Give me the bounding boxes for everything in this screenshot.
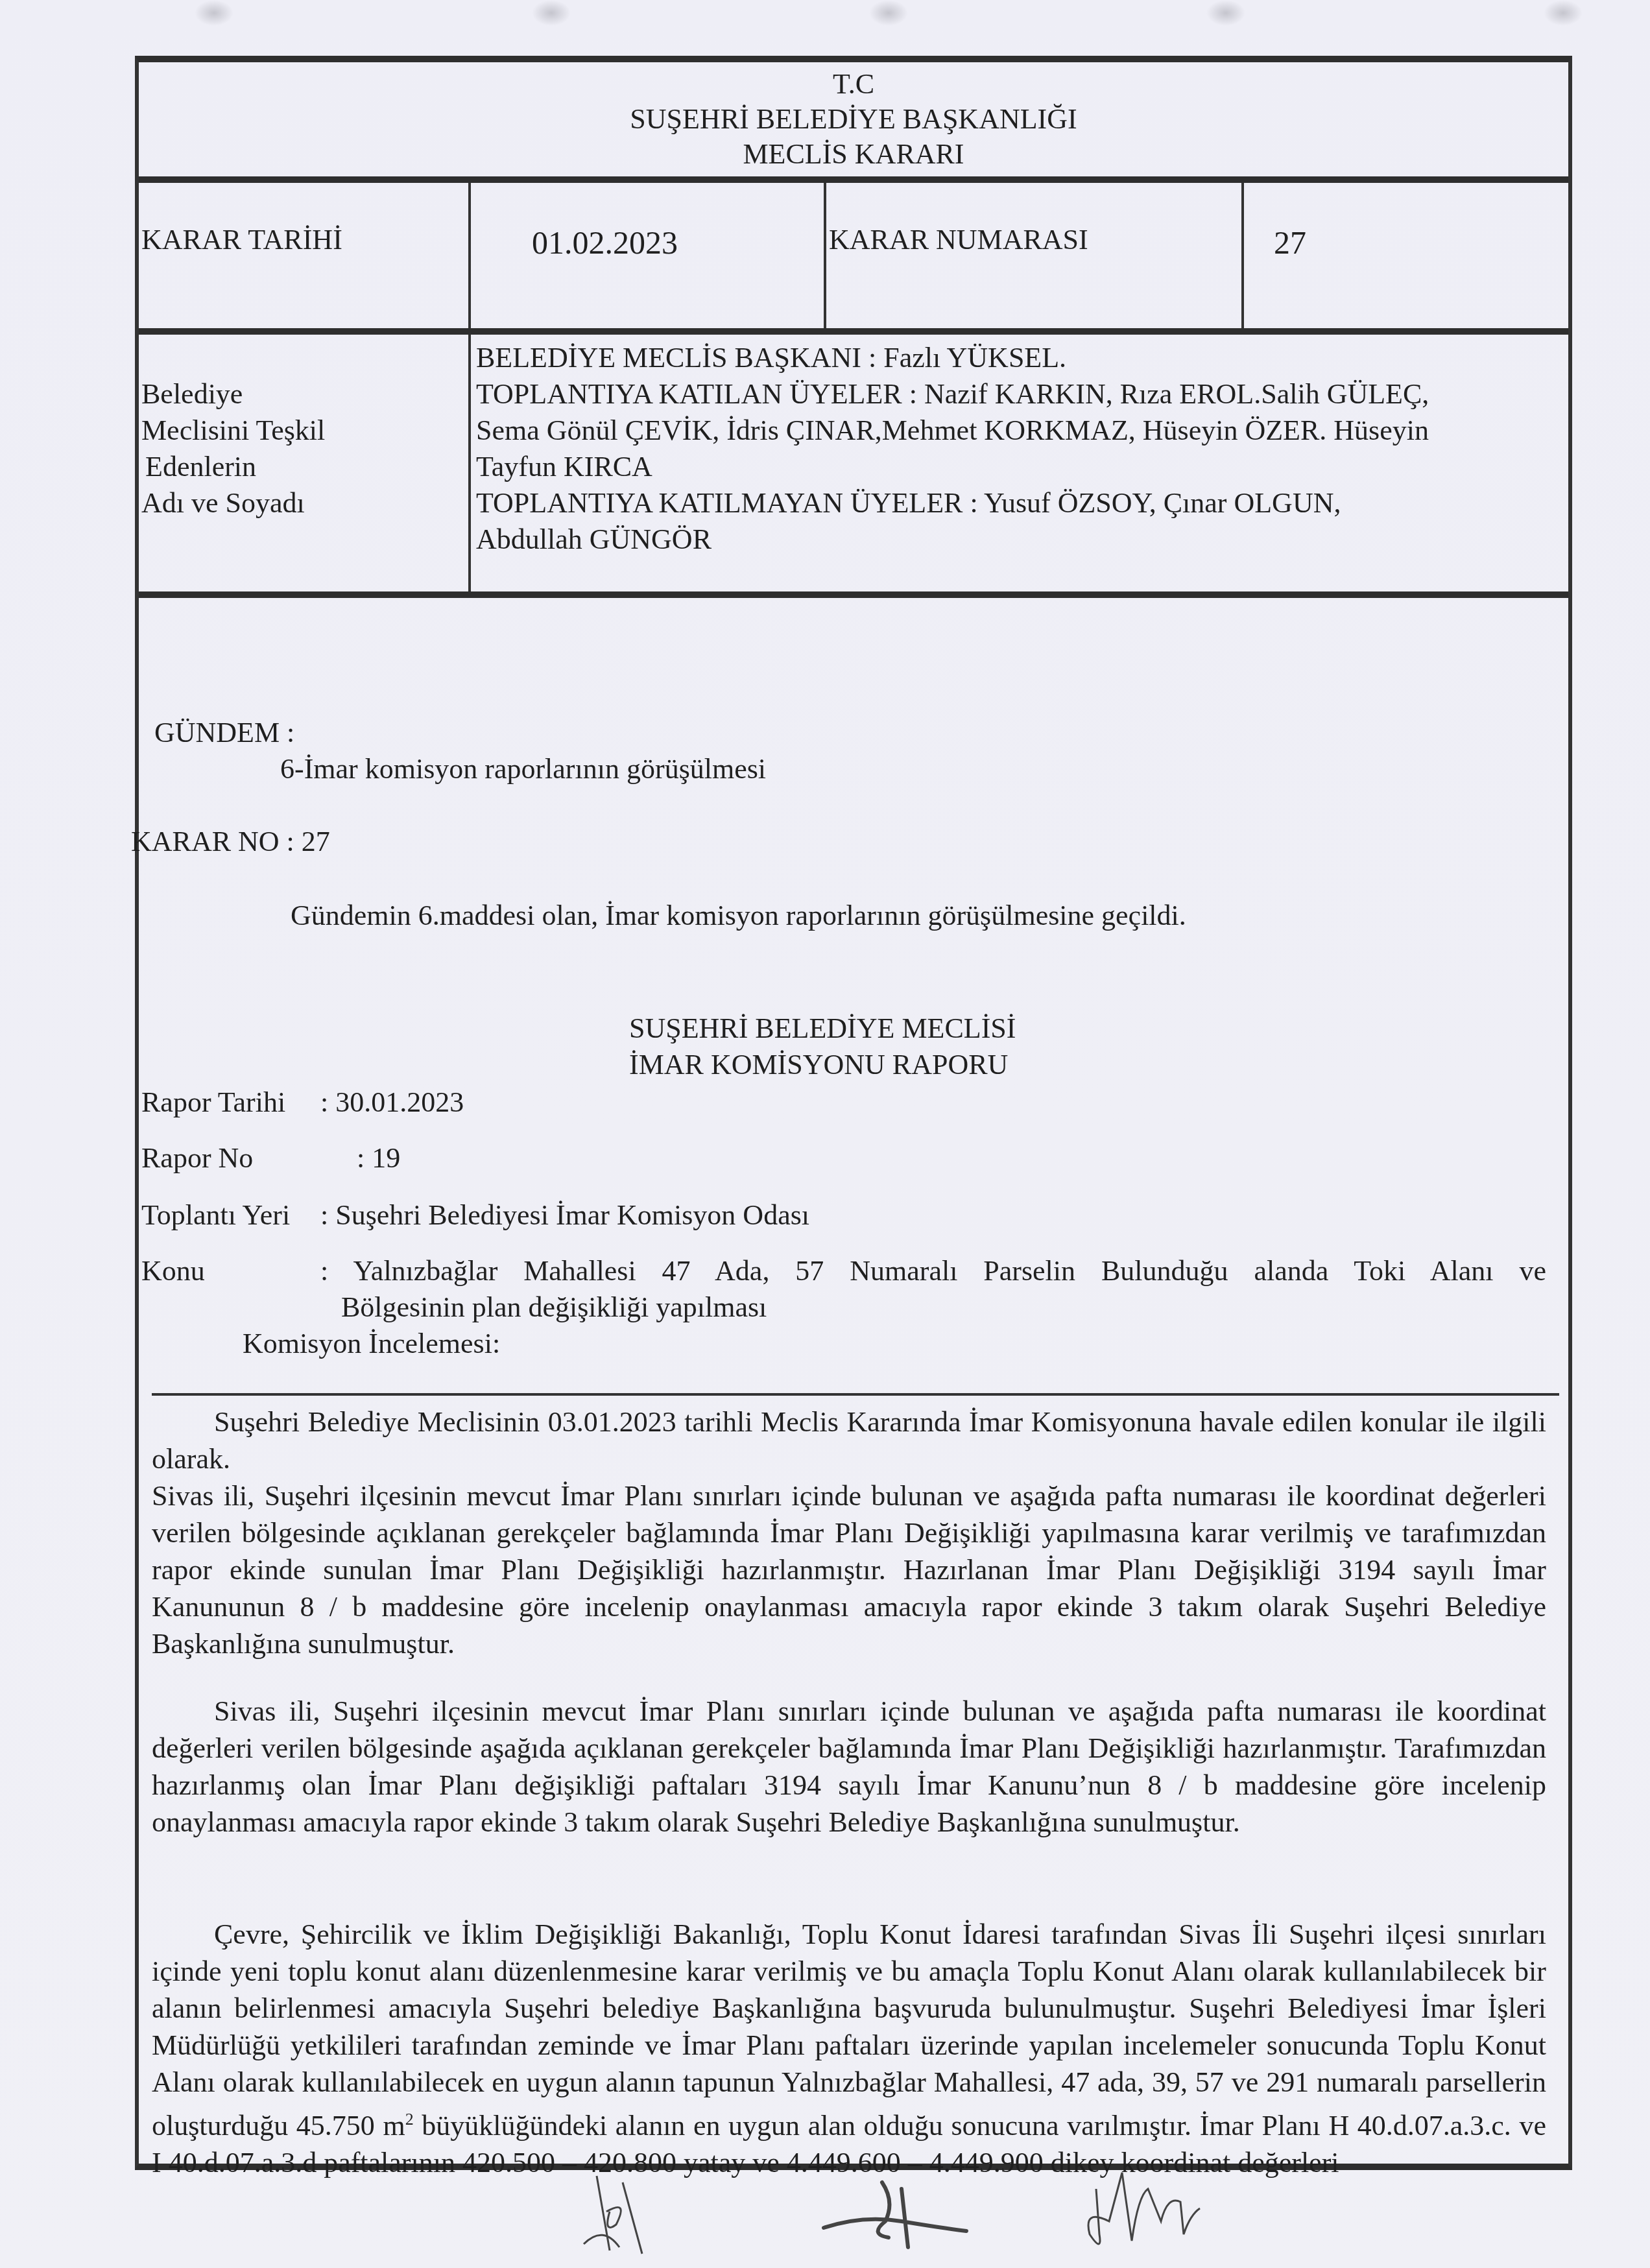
subject-label: Konu — [141, 1254, 205, 1288]
body-paragraph-3: Çevre, Şehircilik ve İklim Değişikliği B… — [152, 1916, 1546, 2181]
divider — [152, 1393, 1559, 1396]
divider — [1241, 183, 1244, 333]
body-paragraph-3-text: Çevre, Şehircilik ve İklim Değişikliği B… — [152, 1918, 1546, 2142]
attending-members-cont: Tayfun KIRCA — [476, 450, 652, 484]
scan-artifact — [1206, 0, 1245, 26]
divider — [468, 183, 471, 333]
signature-2-icon — [811, 2176, 1005, 2254]
commission-review-label: Komisyon İncelemesi: — [243, 1327, 500, 1361]
report-title-2: İMAR KOMİSYONU RAPORU — [629, 1048, 1008, 1082]
body-paragraph-2: Sivas ili, Suşehri ilçesinin mevcut İmar… — [152, 1693, 1546, 1841]
report-date-value: : 30.01.2023 — [320, 1086, 464, 1119]
superscript: 2 — [405, 2110, 414, 2129]
council-chair: BELEDİYE MECLİS BAŞKANI : Fazlı YÜKSEL. — [476, 341, 1066, 375]
scan-artifact — [1544, 0, 1583, 26]
report-title-1: SUŞEHRİ BELEDİYE MECLİSİ — [629, 1012, 1016, 1045]
agenda-item: 6-İmar komisyon raporlarının görüşülmesi — [280, 752, 766, 786]
body-paragraph-1: Suşehri Belediye Meclisinin 03.01.2023 t… — [152, 1403, 1546, 1477]
agenda-title: GÜNDEM : — [154, 716, 294, 750]
body-paragraph-1-cont: Sivas ili, Suşehri ilçesinin mevcut İmar… — [152, 1477, 1546, 1662]
decision-no: KARAR NO : 27 — [131, 825, 330, 859]
divider — [139, 591, 1568, 598]
decision-date-label: KARAR TARİHİ — [141, 223, 342, 257]
decision-form-frame: T.C SUŞEHRİ BELEDİYE BAŞKANLIĞI MECLİS K… — [135, 56, 1572, 2170]
header-document-type: MECLİS KARARI — [139, 137, 1568, 171]
signature-3-icon — [1070, 2169, 1265, 2260]
divider — [824, 183, 826, 333]
attending-members-cont: Sema Gönül ÇEVİK, İdris ÇINAR,Mehmet KOR… — [476, 414, 1429, 448]
subject-value: : Yalnızbağlar Mahallesi 47 Ada, 57 Numa… — [320, 1254, 1546, 1288]
header-tc: T.C — [139, 67, 1568, 101]
header-municipality: SUŞEHRİ BELEDİYE BAŞKANLIĞI — [139, 102, 1568, 136]
report-no-label: Rapor No — [141, 1141, 253, 1175]
divider — [139, 328, 1568, 335]
decision-number-label: KARAR NUMARASI — [829, 223, 1088, 257]
scan-artifact — [869, 0, 908, 26]
divider — [139, 176, 1568, 183]
divider — [468, 335, 471, 595]
decision-date-value: 01.02.2023 — [532, 226, 678, 259]
agenda-intro: Gündemin 6.maddesi olan, İmar komisyon r… — [291, 899, 1186, 933]
council-label-2: Meclisini Teşkil — [141, 414, 325, 448]
council-label-3: Edenlerin — [145, 450, 256, 484]
report-date-label: Rapor Tarihi — [141, 1086, 285, 1119]
attending-members: TOPLANTIYA KATILAN ÜYELER : Nazif KARKIN… — [476, 377, 1429, 411]
report-no-value: : 19 — [357, 1141, 400, 1175]
absent-members: TOPLANTIYA KATILMAYAN ÜYELER : Yusuf ÖZS… — [476, 486, 1341, 520]
signature-1-icon — [558, 2173, 713, 2263]
meeting-place-value: : Suşehri Belediyesi İmar Komisyon Odası — [320, 1199, 809, 1232]
council-label-1: Belediye — [141, 377, 243, 411]
absent-members-cont: Abdullah GÜNGÖR — [476, 523, 711, 556]
scan-artifact — [195, 0, 233, 26]
decision-number-value: 27 — [1274, 226, 1306, 259]
council-label-4: Adı ve Soyadı — [141, 486, 305, 520]
meeting-place-label: Toplantı Yeri — [141, 1199, 290, 1232]
document-page: T.C SUŞEHRİ BELEDİYE BAŞKANLIĞI MECLİS K… — [0, 0, 1650, 2268]
subject-continuation: Bölgesinin plan değişikliği yapılması — [341, 1291, 767, 1324]
scan-artifact — [532, 0, 571, 26]
